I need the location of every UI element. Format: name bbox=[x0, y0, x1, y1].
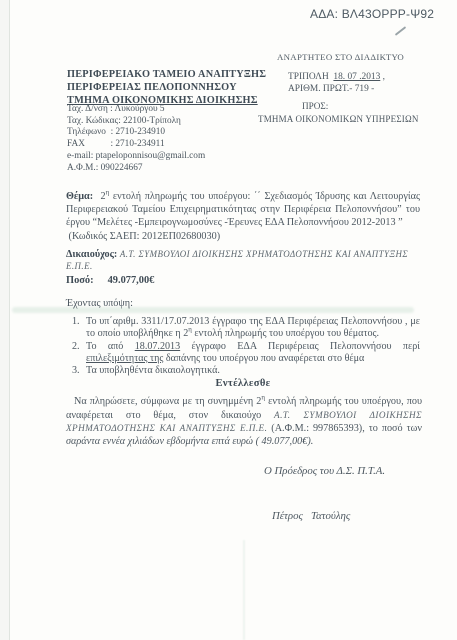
sender-org-name: ΠΕΡΙΦΕΡΕΙΑΚΟ ΤΑΜΕΙΟ ΑΝΑΠΤΥΞΗΣ bbox=[67, 68, 266, 81]
sender-phone-line: Τηλέφωνο : 2710-234910 bbox=[67, 127, 205, 139]
amount-value: 49.077,00€ bbox=[108, 275, 155, 286]
beneficiary-label: Δικαιούχος: bbox=[66, 249, 117, 260]
subject-sae-code: (Κωδικός ΣΑΕΠ: 2012ΕΠ02680030) bbox=[66, 230, 420, 243]
subject-label: Θέμα: bbox=[66, 191, 93, 202]
premise-item-2-underlined: επιλεξιμότητας της bbox=[86, 353, 163, 364]
amount-label: Ποσό: bbox=[66, 275, 94, 286]
order-paragraph: Να πληρώσετε, σύμφωνα με τη συνημμένη 2η… bbox=[66, 396, 422, 448]
recipient-department: ΤΜΗΜΑ ΟΙΚΟΝΟΜΙΚΩΝ ΥΠΗΡΕΣΙΩΝ bbox=[258, 114, 419, 124]
signatory-title: Ο Πρόεδρος του Δ.Σ. Π.Τ.Α. bbox=[264, 465, 385, 477]
premise-heading: Έχοντας υπόψη: bbox=[66, 298, 133, 309]
scan-smudge-vertical bbox=[243, 540, 245, 640]
pen-mark bbox=[395, 26, 406, 36]
protocol-block: ΤΡΙΠΟΛΗ 18. 07 .2013 , ΑΡΙΘΜ. ΠΡΩΤ.- 719… bbox=[288, 71, 385, 95]
premise-item-1-number: 1. bbox=[72, 316, 80, 328]
sender-email-line: e-mail: ptapeloponnisou@gmail.com bbox=[67, 151, 205, 163]
protocol-date-line: ΤΡΙΠΟΛΗ 18. 07 .2013 , bbox=[288, 71, 385, 83]
protocol-date: 18. 07 .2013 bbox=[333, 72, 380, 82]
sender-afm-line: Α.Φ.Μ.: 090224667 bbox=[67, 163, 205, 175]
premise-item-2-text-2: έγγραφο ΕΔΑ Περιφέρειας Πελοποννήσου περ… bbox=[180, 341, 420, 352]
premise-item-1-text-2: εντολή πληρωμής του υποέργου του θέματος… bbox=[192, 328, 379, 339]
signatory-name: Πέτρος Τατούλης bbox=[272, 510, 350, 522]
scan-edge-strip bbox=[0, 0, 9, 640]
subject-text-2: εντολή πληρωμής του υποέργου: ΄΄ Σχεδιασ… bbox=[66, 191, 420, 228]
sender-postal-code-line: Ταχ. Κώδικας: 22100-Τρίπολη bbox=[67, 116, 205, 128]
subject-text-1: 2 bbox=[93, 191, 105, 202]
subject-block: Θέμα: 2η εντολή πληρωμής του υποέργου: ΄… bbox=[66, 190, 420, 243]
ada-code: ΑΔΑ: ΒΛ43ΟΡΡΡ-Ψ92 bbox=[310, 7, 434, 21]
protocol-number-line: ΑΡΙΘΜ. ΠΡΩΤ.- 719 - bbox=[288, 83, 385, 95]
beneficiary-block: Δικαιούχος: Α.Τ. ΣΥΜΒΟΥΛΟΙ ΔΙΟΙΚΗΣΗΣ ΧΡΗ… bbox=[66, 249, 426, 272]
premise-item-2-text-3: δαπάνης του υποέργου που αναφέρεται στο … bbox=[163, 353, 364, 364]
sender-fax-line: FAX : 2710-234911 bbox=[67, 139, 205, 151]
recipient-to-label: ΠΡΟΣ: bbox=[302, 101, 328, 111]
amount-block: Ποσό:49.077,00€ bbox=[66, 275, 154, 286]
order-text-1: Να πληρώσετε, σύμφωνα με τη συνημμένη 2 bbox=[74, 396, 261, 407]
premise-item-2-date: 18.07.2013 bbox=[135, 341, 180, 352]
sender-org-region: ΠΕΡΙΦΕΡΕΙΑΣ ΠΕΛΟΠΟΝΝΗΣΟΥ bbox=[67, 81, 266, 94]
internet-posting-note: ΑΝΑΡΤΗΤΕΟ ΣΤΟ ΔΙΑΔΙΚΤΥΟ bbox=[277, 52, 404, 62]
sender-org-block: ΠΕΡΙΦΕΡΕΙΑΚΟ ΤΑΜΕΙΟ ΑΝΑΠΤΥΞΗΣ ΠΕΡΙΦΕΡΕΙΑ… bbox=[67, 68, 266, 107]
premise-item-3-text: Τα υποβληθέντα δικαιολογητικά. bbox=[86, 365, 220, 376]
protocol-city: ΤΡΙΠΟΛΗ bbox=[288, 72, 329, 82]
premise-item-2-text-1: Το από bbox=[86, 341, 135, 352]
scan-edge-line bbox=[9, 0, 10, 640]
sender-address-line: Ταχ. Δ/νση : Λυκούργου 5 bbox=[67, 104, 205, 116]
order-heading: Εντέλλεσθε bbox=[66, 378, 420, 389]
premise-item-2-number: 2. bbox=[72, 341, 80, 353]
order-amount-in-words: σαράντα εννέα χιλιάδων εβδομήντα επτά ευ… bbox=[66, 436, 313, 447]
sender-contact-block: Ταχ. Δ/νση : Λυκούργου 5 Ταχ. Κώδικας: 2… bbox=[67, 104, 205, 174]
premise-item-3: 3.Τα υποβληθέντα δικαιολογητικά. bbox=[72, 365, 420, 377]
premise-item-1: 1.Το υπ΄αριθμ. 3311/17.07.2013 έγγραφο τ… bbox=[72, 316, 420, 341]
beneficiary-name: Α.Τ. ΣΥΜΒΟΥΛΟΙ ΔΙΟΙΚΗΣΗΣ ΧΡΗΜΑΤΟΔΟΤΗΣΗΣ … bbox=[66, 249, 408, 271]
scanned-document-page: ΑΔΑ: ΒΛ43ΟΡΡΡ-Ψ92 ΑΝΑΡΤΗΤΕΟ ΣΤΟ ΔΙΑΔΙΚΤΥ… bbox=[0, 0, 457, 640]
premise-item-3-number: 3. bbox=[72, 365, 80, 377]
premise-item-2: 2.Το από 18.07.2013 έγγραφο ΕΔΑ Περιφέρε… bbox=[72, 341, 420, 366]
premise-list: 1.Το υπ΄αριθμ. 3311/17.07.2013 έγγραφο τ… bbox=[72, 316, 420, 377]
order-text-3: (Α.Φ.Μ.: 997865393), το ποσό των bbox=[267, 423, 422, 434]
protocol-date-suffix: , bbox=[380, 72, 385, 82]
